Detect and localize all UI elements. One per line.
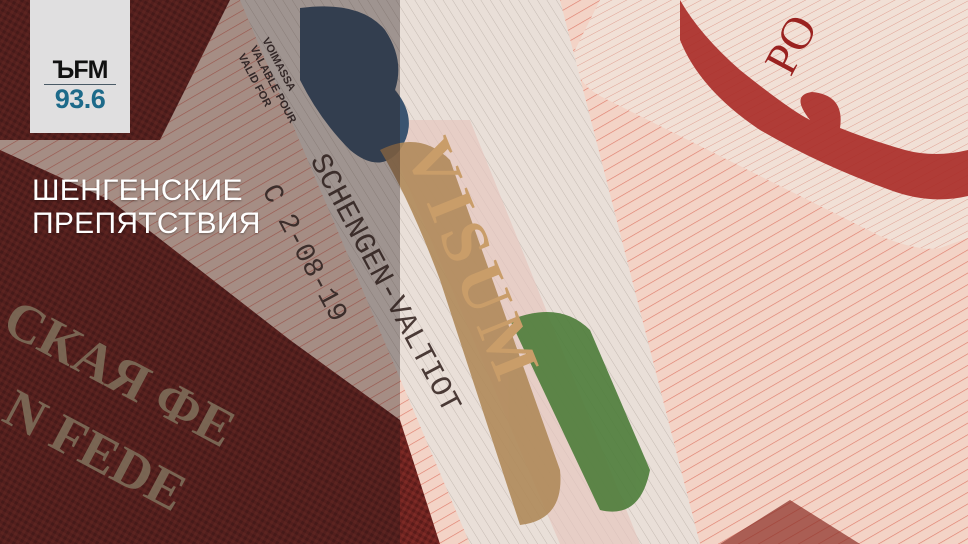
radio-logo[interactable]: ЪFM 93.6 xyxy=(30,0,130,133)
headline: ШЕНГЕНСКИЕ ПРЕПЯТСТВИЯ xyxy=(32,174,261,240)
logo-brand: ЪFM xyxy=(44,56,116,84)
headline-line-2: ПРЕПЯТСТВИЯ xyxy=(32,207,261,240)
logo-frequency: 93.6 xyxy=(40,85,120,113)
headline-line-1: ШЕНГЕНСКИЕ xyxy=(32,174,261,207)
